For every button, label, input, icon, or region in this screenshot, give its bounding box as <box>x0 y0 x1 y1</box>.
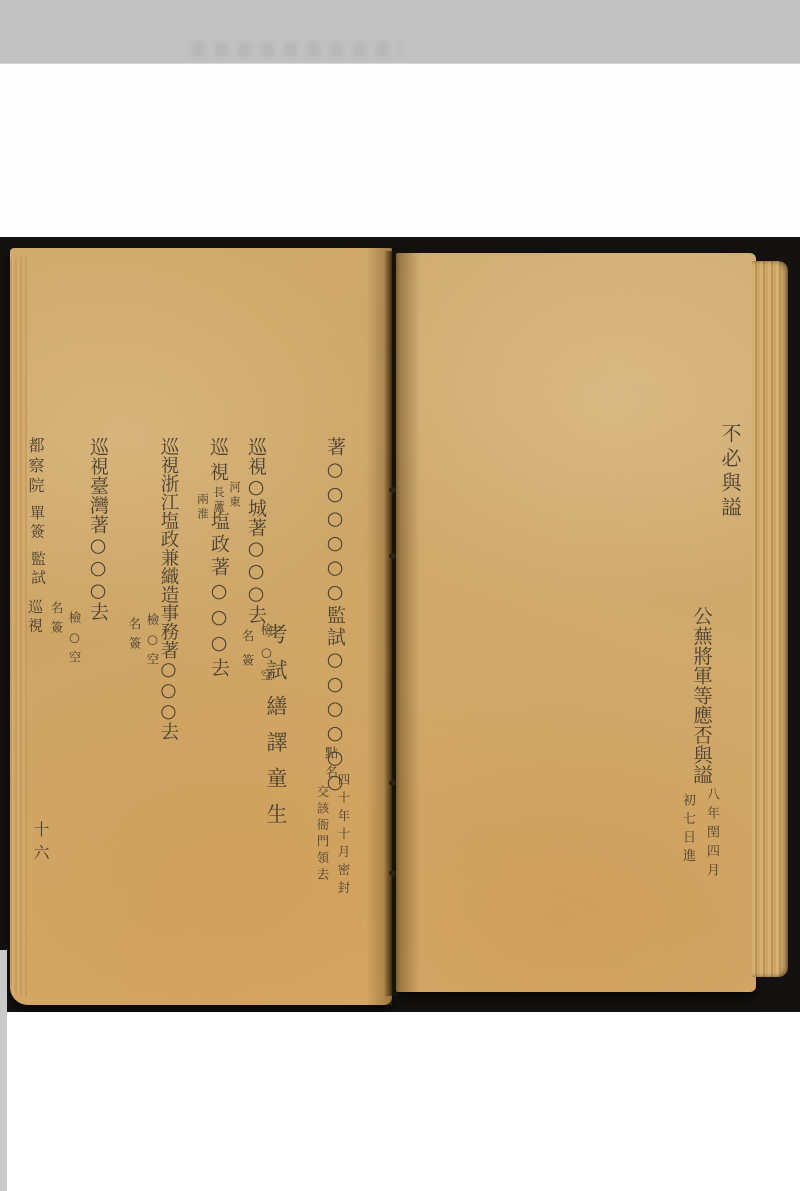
left-page-col3-main: 巡視○城著○○○去 <box>243 437 270 625</box>
left-page-col4-tail: 塩政著○○○去 <box>206 511 233 681</box>
binding-hole <box>389 553 396 559</box>
page-edge-stack-right <box>752 261 788 977</box>
margin-office-label: 都察院 <box>24 437 47 497</box>
right-page-date-note-left: 初七日進 <box>678 793 697 867</box>
binding-hole <box>389 487 396 493</box>
left-page-col1-note-left: 交該衙門領去 <box>313 785 331 884</box>
margin-label-3: 巡視 <box>25 599 46 636</box>
left-page-col6-main: 巡視臺灣著○○○去 <box>85 437 112 622</box>
book-photo: 不必與謚 公蕪將軍等應否與謚 八年閏四月 初七日進 著○○○○○○監試○○○○○… <box>0 237 800 1012</box>
right-page-date-note-right: 八年閏四月 <box>702 787 721 882</box>
spine-gutter <box>384 251 400 996</box>
faint-watermark-smudge <box>192 42 402 57</box>
left-page-col6-note-right: 檢○空 <box>65 611 83 669</box>
left-page-col1-note-right: 四十年十月密封 <box>334 773 352 899</box>
white-mat-top <box>0 63 800 238</box>
margin-label-2: 監試 <box>28 551 49 588</box>
right-page-header-column: 不必與謚 <box>716 423 745 521</box>
left-edge-sliver <box>0 950 7 1191</box>
white-mat-bottom <box>0 1012 800 1191</box>
left-page-col5-note-left: 名簽 <box>125 617 143 656</box>
viewer-top-strip <box>0 0 800 63</box>
page-number: 十六 <box>29 821 52 867</box>
margin-label-1: 單簽 <box>27 505 48 542</box>
left-page-col5-main: 巡視浙江塩政兼織造事務著○○○去 <box>155 437 181 741</box>
left-page-col3-note-left: 名簽 <box>238 629 256 678</box>
binding-hole <box>389 870 396 876</box>
left-page-col4-head: 巡視 <box>205 437 232 487</box>
left-page-col4-small-right: 河東 <box>227 481 243 510</box>
binding-hole <box>389 780 396 786</box>
left-page-col6-note-left: 名簽 <box>47 601 65 640</box>
left-page-col3-note-right: 檢○空 <box>257 623 275 690</box>
left-page-col1-main: 著○○○○○○監試○○○○○○ <box>322 437 349 796</box>
right-page-main-column: 公蕪將軍等應否與謚 <box>687 606 715 784</box>
scan-viewer: 不必與謚 公蕪將軍等應否與謚 八年閏四月 初七日進 著○○○○○○監試○○○○○… <box>0 0 800 1191</box>
left-page-col5-note-right: 檢○空 <box>143 613 161 671</box>
